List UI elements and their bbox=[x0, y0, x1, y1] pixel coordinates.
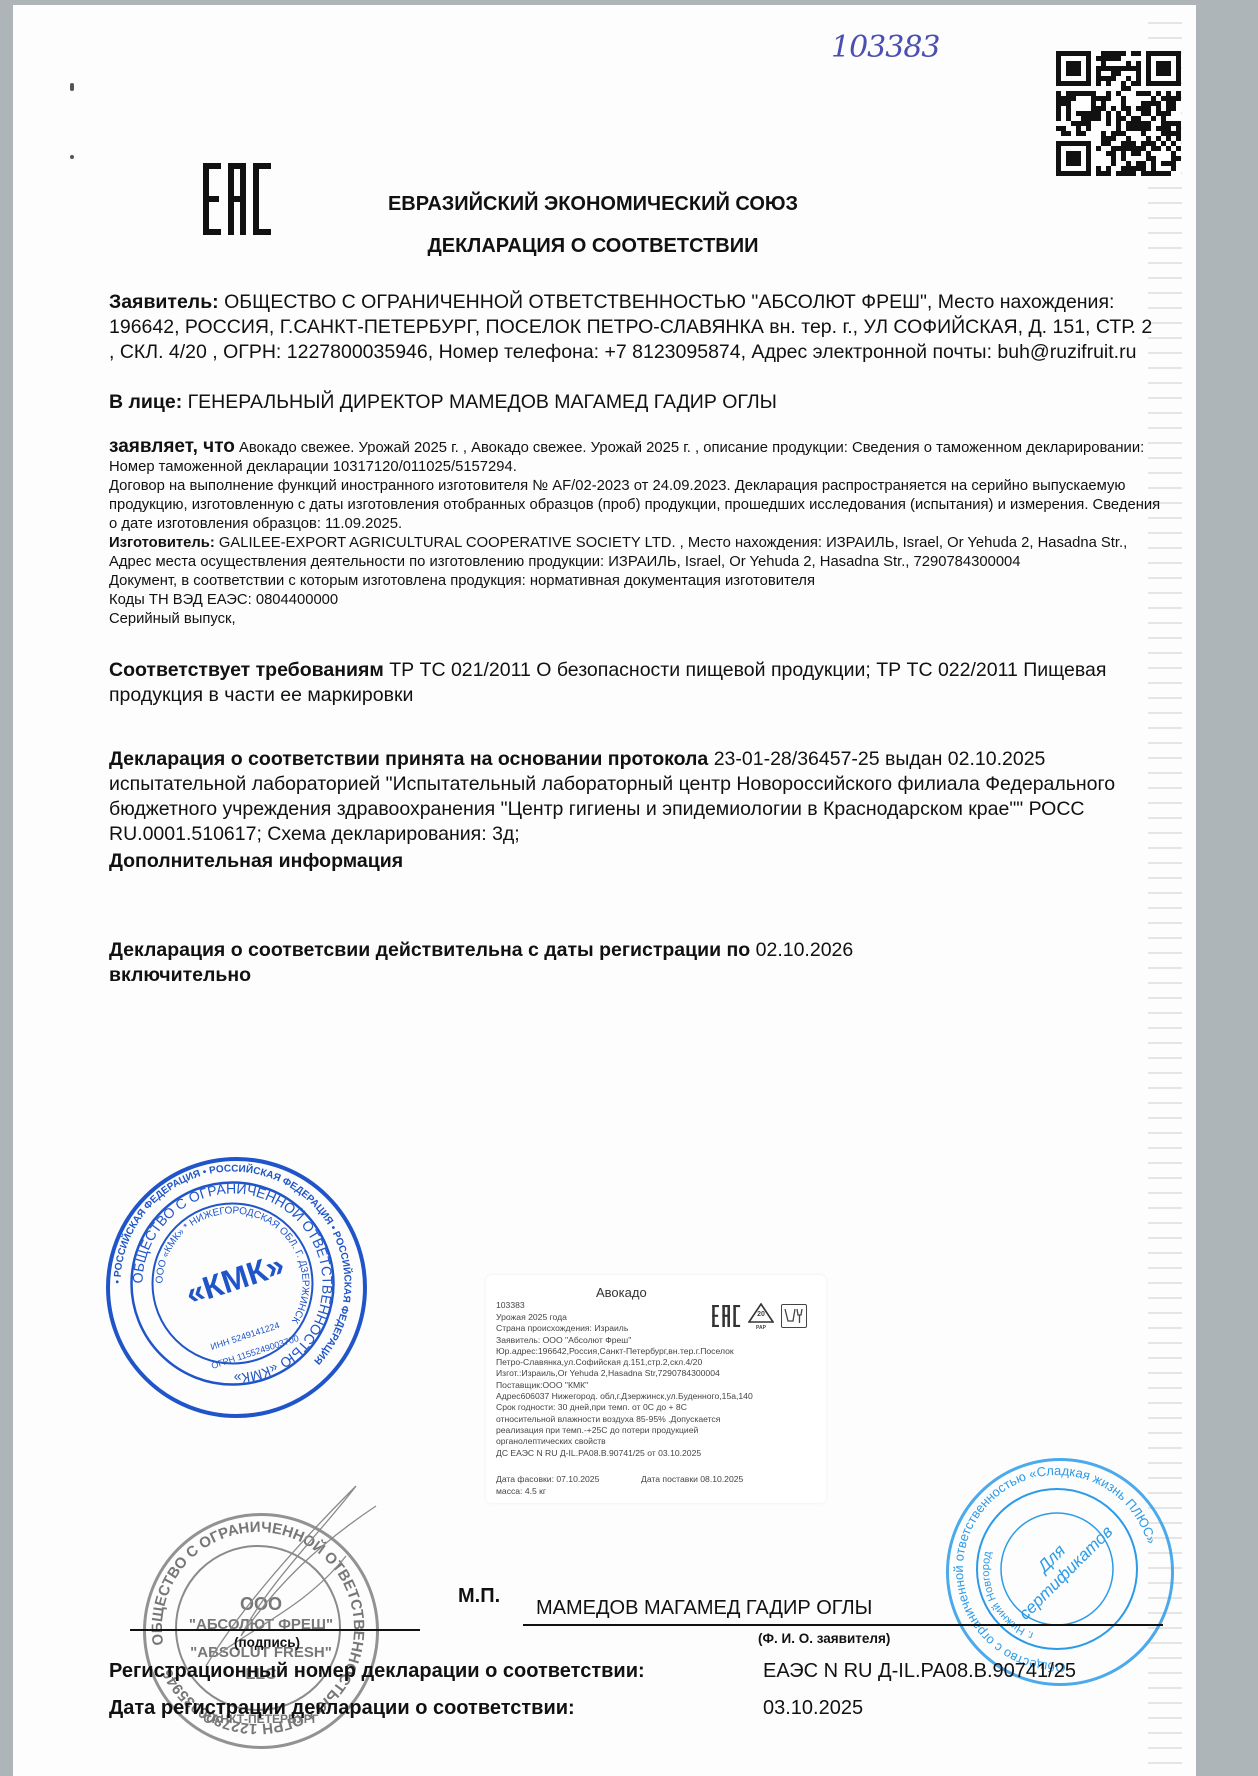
recycle-icon: 20 PAP bbox=[748, 1303, 774, 1331]
product-label-weight: масса: 4.5 кг bbox=[496, 1486, 546, 1497]
manufacturer-label: Изготовитель: bbox=[109, 535, 215, 551]
kmk-stamp: • РОССИЙСКАЯ ФЕДЕРАЦИЯ • РОССИЙСКАЯ ФЕДЕ… bbox=[106, 1157, 367, 1418]
represented-by-label: В лице: bbox=[109, 391, 182, 413]
product-label-line: органолептических свойств bbox=[496, 1436, 816, 1447]
applicant-text: ОБЩЕСТВО С ОГРАНИЧЕННОЙ ОТВЕТСТВЕННОСТЬЮ… bbox=[109, 291, 1152, 363]
product-label-line: реализация при темп.-+25С до потери прод… bbox=[496, 1425, 816, 1436]
product-label-line: Поставщик:ООО "КМК" bbox=[496, 1380, 816, 1391]
document-title: ДЕКЛАРАЦИЯ О СООТВЕТСТВИИ bbox=[323, 235, 863, 258]
product-label-line: относительной влажности воздуха 85-95% .… bbox=[496, 1414, 816, 1425]
product-label-line: Заявитель: ООО "Абсолют Фреш" bbox=[496, 1335, 816, 1346]
requirements-section: Соответствует требованиям ТР ТС 021/2011… bbox=[109, 658, 1109, 708]
protocol-label: Декларация о соответствии принята на осн… bbox=[109, 748, 708, 770]
registration-number-value: ЕАЭС N RU Д-IL.РА08.В.90741/25 bbox=[763, 1660, 1076, 1683]
declaration-page: 103383 ЕВРАЗИЙСКИЙ ЭКОНОМИЧЕСКИЙ СОЮЗ ДЕ… bbox=[13, 5, 1196, 1776]
product-label-code: 103383 bbox=[496, 1300, 525, 1311]
product-label-pack-date: Дата фасовки: 07.10.2025 bbox=[496, 1474, 599, 1485]
declares-label: заявляет, что bbox=[109, 436, 235, 457]
validity-inclusive: включительно bbox=[109, 964, 251, 986]
product-label-line: Адрес606037 Нижегород. обл,г.Дзержинск,у… bbox=[496, 1391, 816, 1402]
product-label-line: Срок годности: 30 дней,при темп. от 0С д… bbox=[496, 1402, 816, 1413]
eac-logo bbox=[203, 163, 273, 235]
validity-section: Декларация о соответсвии действительна с… bbox=[109, 938, 1109, 988]
represented-by-section: В лице: ГЕНЕРАЛЬНЫЙ ДИРЕКТОР МАМЕДОВ МАГ… bbox=[109, 390, 1159, 415]
signature-scribble bbox=[146, 1466, 406, 1726]
hs-codes: Коды ТН ВЭД ЕАЭС: 0804400000 bbox=[109, 592, 338, 608]
eac-mark-icon bbox=[712, 1305, 742, 1327]
declares-text: Авокадо свежее. Урожай 2025 г. , Авокадо… bbox=[109, 440, 1144, 475]
product-label-line: Юр.адрес:196642,Россия,Санкт-Петербург,в… bbox=[496, 1346, 816, 1357]
validity-date: 02.10.2026 bbox=[750, 939, 853, 961]
contract-text: Договор на выполнение функций иностранно… bbox=[109, 478, 1160, 532]
applicant-label: Заявитель: bbox=[109, 291, 219, 313]
product-label-delivery-date: Дата поставки 08.10.2025 bbox=[641, 1474, 743, 1485]
eac-logo-icon bbox=[203, 163, 273, 235]
requirements-label: Соответствует требованиям bbox=[109, 659, 384, 681]
registration-date-value: 03.10.2025 bbox=[763, 1697, 863, 1720]
product-label-line: Изгот.:Израиль,Or Yehuda 2,Hasadna Str,7… bbox=[496, 1368, 816, 1379]
mp-label: М.П. bbox=[458, 1585, 500, 1608]
applicant-section: Заявитель: ОБЩЕСТВО С ОГРАНИЧЕННОЙ ОТВЕТ… bbox=[109, 290, 1159, 365]
signature-line[interactable] bbox=[130, 1629, 420, 1631]
protocol-section: Декларация о соответствии принята на осн… bbox=[109, 747, 1184, 847]
declares-section: заявляет, что Авокадо свежее. Урожай 202… bbox=[109, 437, 1169, 629]
registration-number-label: Регистрационный номер декларации о соотв… bbox=[109, 1660, 645, 1683]
certification-stamp: Общество с ограниченной ответственностью… bbox=[946, 1458, 1174, 1686]
applicant-name-line bbox=[523, 1624, 1163, 1626]
signature-caption: (подпись) bbox=[234, 1635, 300, 1650]
union-title: ЕВРАЗИЙСКИЙ ЭКОНОМИЧЕСКИЙ СОЮЗ bbox=[323, 193, 863, 216]
document-basis: Документ, в соответствии с которым изгот… bbox=[109, 573, 815, 589]
product-label-line: ДС ЕАЭС N RU Д-IL.PA08.B.90741/25 от 03.… bbox=[496, 1448, 816, 1459]
additional-info-label: Дополнительная информация bbox=[109, 850, 403, 872]
validity-label: Декларация о соответсвии действительна с… bbox=[109, 939, 750, 961]
food-safe-icon bbox=[781, 1304, 807, 1328]
product-label-line: Петро-Славянка,ул.Софийская д.151,стр.2,… bbox=[496, 1357, 816, 1368]
manufacturer-text: GALILEE-EXPORT AGRICULTURAL COOPERATIVE … bbox=[109, 535, 1127, 570]
product-label: Авокадо 103383 Урожая 2025 годаСтрана пр… bbox=[486, 1275, 826, 1503]
applicant-name: МАМЕДОВ МАГАМЕД ГАДИР ОГЛЫ bbox=[536, 1597, 872, 1620]
label-eac-icon bbox=[712, 1305, 742, 1330]
applicant-name-caption: (Ф. И. О. заявителя) bbox=[758, 1631, 890, 1646]
handwritten-number: 103383 bbox=[831, 30, 940, 65]
scan-mark bbox=[70, 155, 74, 159]
scan-mark bbox=[70, 83, 74, 91]
additional-info-section: Дополнительная информация bbox=[109, 849, 403, 874]
qr-code[interactable] bbox=[1056, 51, 1181, 176]
represented-by-text: ГЕНЕРАЛЬНЫЙ ДИРЕКТОР МАМЕДОВ МАГАМЕД ГАД… bbox=[182, 391, 777, 413]
serial-release: Серийный выпуск, bbox=[109, 611, 236, 627]
registration-date-label: Дата регистрации декларации о соответств… bbox=[109, 1697, 575, 1720]
product-label-title: Авокадо bbox=[596, 1287, 647, 1298]
